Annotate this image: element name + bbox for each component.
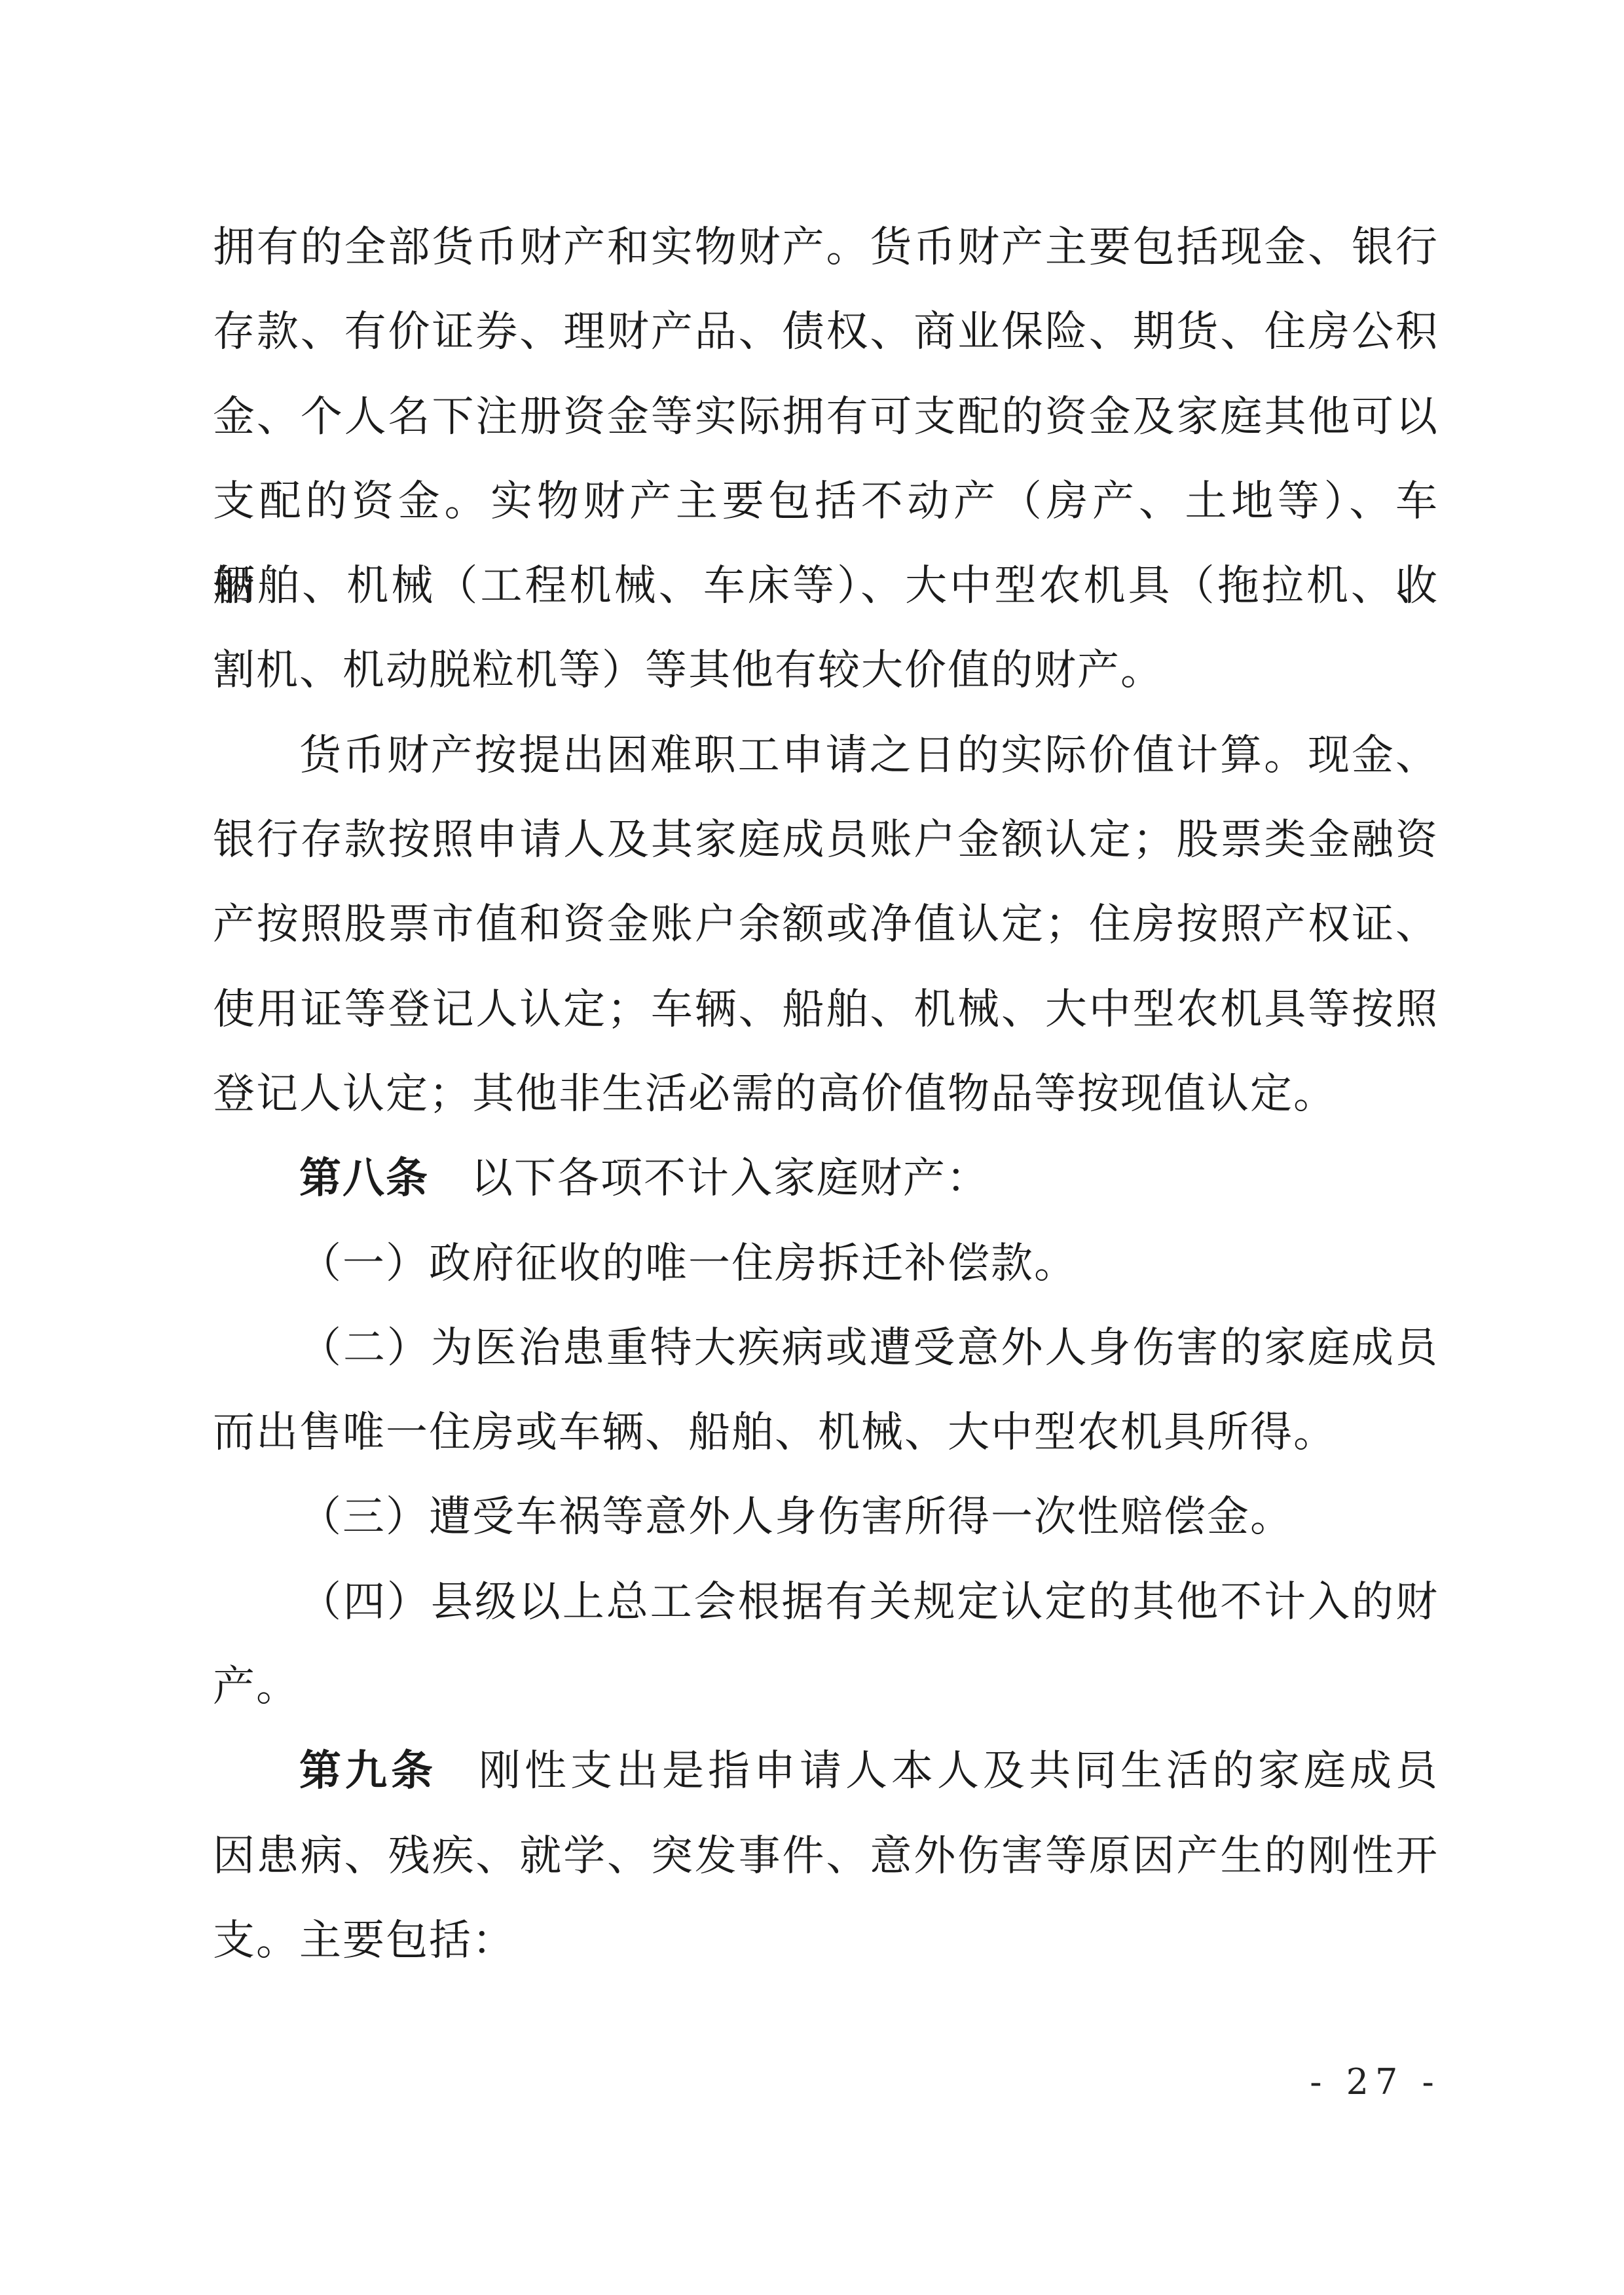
page-number: - 27 - [1303, 2061, 1447, 2102]
text-line: 登记人认定；其他非生活必需的高价值物品等按现值认定。 [213, 1052, 1439, 1136]
text-line: 第八条以下各项不计入家庭财产： [213, 1136, 1439, 1221]
text-line: 产。 [213, 1644, 1439, 1729]
text-line-content: （二）为医治患重特大疾病或遭受意外人身伤害的家庭成员 [299, 1325, 1439, 1371]
text-line-content: （三）遭受车祸等意外人身伤害所得一次性赔偿金。 [299, 1494, 1293, 1540]
text-line-content: 产按照股票市值和资金账户余额或净值认定；住房按照产权证、 [213, 901, 1439, 947]
text-line: 使用证等登记人认定；车辆、船舶、机械、大中型农机具等按照 [213, 967, 1439, 1052]
text-line-content: （四）县级以上总工会根据有关规定认定的其他不计入的财 [299, 1579, 1439, 1625]
text-line: （三）遭受车祸等意外人身伤害所得一次性赔偿金。 [213, 1475, 1439, 1559]
text-line: 拥有的全部货币财产和实物财产。货币财产主要包括现金、银行 [213, 205, 1439, 289]
text-line-content: 支。主要包括： [213, 1917, 515, 1964]
text-line: 割机、机动脱粒机等）等其他有较大价值的财产。 [213, 628, 1439, 712]
text-line: （四）县级以上总工会根据有关规定认定的其他不计入的财 [213, 1560, 1439, 1644]
text-line: 存款、有价证券、理财产品、债权、商业保险、期货、住房公积 [213, 289, 1439, 374]
text-line: 货币财产按提出困难职工申请之日的实际价值计算。现金、 [213, 713, 1439, 798]
text-line: 银行存款按照申请人及其家庭成员账户金额认定；股票类金融资 [213, 798, 1439, 882]
text-line-content: （一）政府征收的唯一住房拆迁补偿款。 [299, 1240, 1077, 1287]
text-line: 第九条刚性支出是指申请人本人及共同生活的家庭成员 [213, 1729, 1439, 1813]
text-line-content: 银行存款按照申请人及其家庭成员账户金额认定；股票类金融资 [213, 817, 1439, 863]
text-line-content: 以下各项不计入家庭财产： [471, 1155, 989, 1202]
document-page: 拥有的全部货币财产和实物财产。货币财产主要包括现金、银行存款、有价证券、理财产品… [0, 0, 1624, 2295]
text-line: 支配的资金。实物财产主要包括不动产（房产、土地等）、车辆、 [213, 459, 1439, 543]
text-line-content: 割机、机动脱粒机等）等其他有较大价值的财产。 [213, 647, 1164, 693]
text-line: 因患病、残疾、就学、突发事件、意外伤害等原因产生的刚性开 [213, 1814, 1439, 1898]
text-line: （一）政府征收的唯一住房拆迁补偿款。 [213, 1221, 1439, 1306]
text-line-content: 船舶、机械（工程机械、车床等）、大中型农机具（拖拉机、收 [213, 562, 1439, 609]
text-line-content: 因患病、残疾、就学、突发事件、意外伤害等原因产生的刚性开 [213, 1833, 1439, 1879]
text-line-content: 货币财产按提出困难职工申请之日的实际价值计算。现金、 [299, 732, 1439, 779]
text-line-content: 刚性支出是指申请人本人及共同生活的家庭成员 [479, 1748, 1439, 1794]
article-number-bold: 第八条 [299, 1155, 429, 1202]
text-line: （二）为医治患重特大疾病或遭受意外人身伤害的家庭成员 [213, 1306, 1439, 1390]
text-line-content: 拥有的全部货币财产和实物财产。货币财产主要包括现金、银行 [213, 224, 1439, 270]
text-line-content: 存款、有价证券、理财产品、债权、商业保险、期货、住房公积 [213, 308, 1439, 355]
text-line-content: 产。 [213, 1663, 299, 1710]
text-line: 支。主要包括： [213, 1898, 1439, 1983]
text-line: 产按照股票市值和资金账户余额或净值认定；住房按照产权证、 [213, 882, 1439, 966]
text-line: 而出售唯一住房或车辆、船舶、机械、大中型农机具所得。 [213, 1390, 1439, 1475]
text-line-content: 金、个人名下注册资金等实际拥有可支配的资金及家庭其他可以 [213, 394, 1439, 440]
text-line-content: 而出售唯一住房或车辆、船舶、机械、大中型农机具所得。 [213, 1409, 1337, 1456]
text-line: 船舶、机械（工程机械、车床等）、大中型农机具（拖拉机、收 [213, 543, 1439, 628]
text-line: 金、个人名下注册资金等实际拥有可支配的资金及家庭其他可以 [213, 375, 1439, 459]
article-number-bold: 第九条 [299, 1748, 437, 1794]
text-line-content: 登记人认定；其他非生活必需的高价值物品等按现值认定。 [213, 1071, 1337, 1117]
document-body: 拥有的全部货币财产和实物财产。货币财产主要包括现金、银行存款、有价证券、理财产品… [213, 205, 1439, 1983]
text-line-content: 使用证等登记人认定；车辆、船舶、机械、大中型农机具等按照 [213, 986, 1439, 1033]
